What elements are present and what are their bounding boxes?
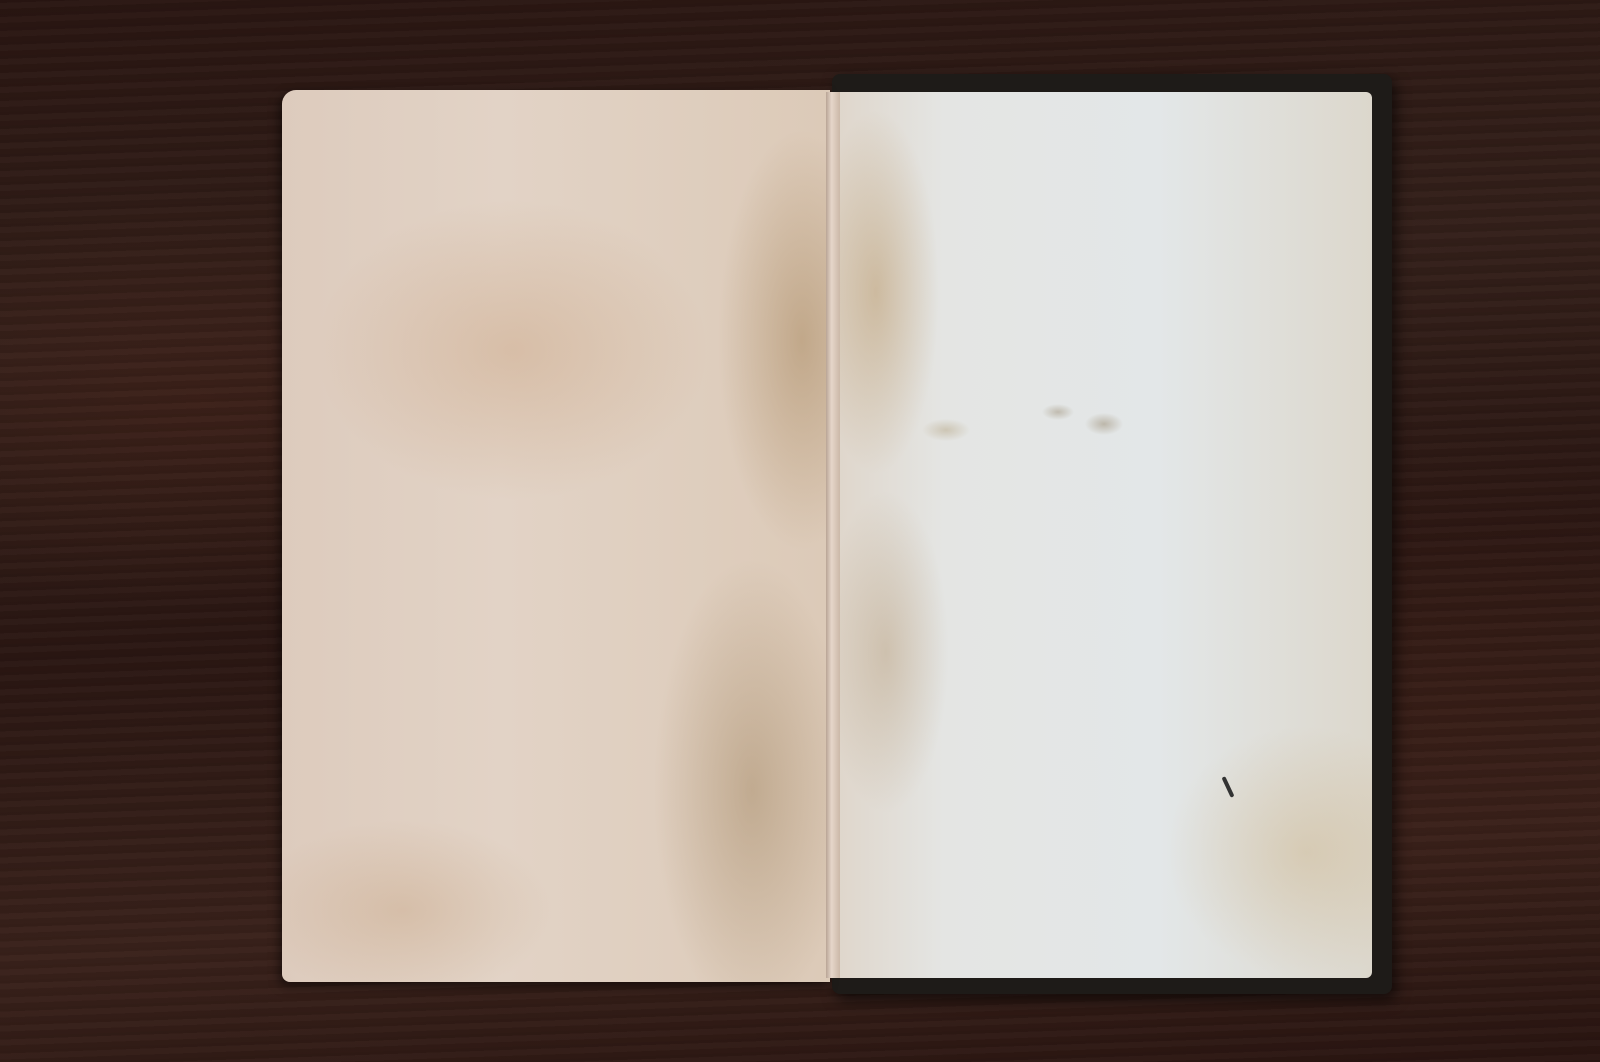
right-page — [836, 92, 1372, 978]
book-gutter — [826, 92, 840, 978]
left-page — [282, 90, 830, 982]
